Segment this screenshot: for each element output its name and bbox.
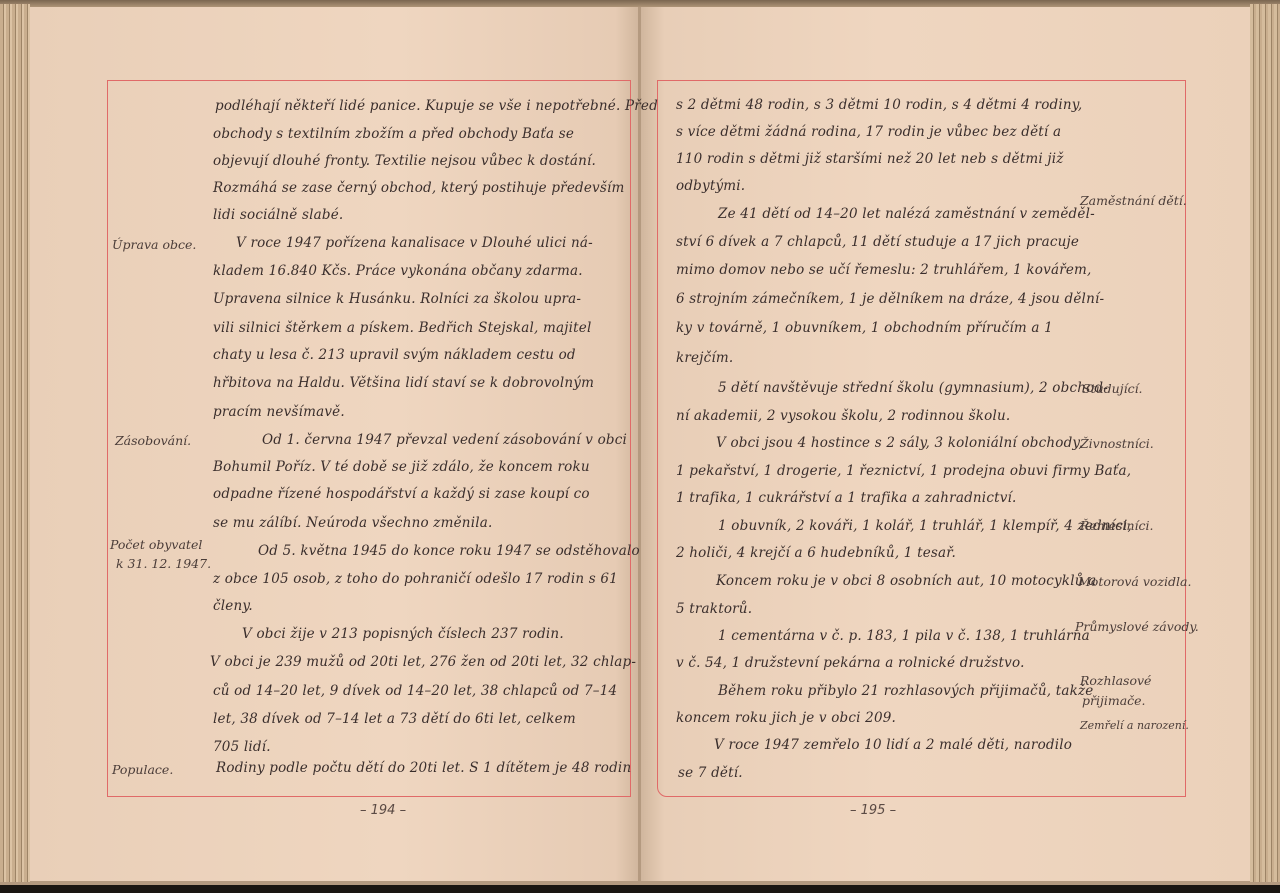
text-line: Ze 41 dětí od 14–20 let nalézá zaměstnán… — [718, 206, 1095, 222]
text-line: Rodiny podle počtu dětí do 20ti let. S 1… — [216, 760, 631, 776]
margin-note-zasobovani: Zásobování. — [115, 433, 191, 448]
text-line: Během roku přibylo 21 rozhlasových přiji… — [718, 683, 1094, 699]
text-line: V roce 1947 pořízena kanalisace v Dlouhé… — [236, 235, 593, 251]
text-line: odpadne řízené hospodářství a každý si z… — [213, 486, 590, 502]
text-line: V obci jsou 4 hostince s 2 sály, 3 kolon… — [716, 435, 1083, 451]
book-gutter — [638, 7, 641, 881]
margin-note-uprava-obce: Úprava obce. — [112, 237, 196, 252]
text-line: ství 6 dívek a 7 chlapců, 11 dětí studuj… — [676, 234, 1079, 250]
text-line: z obce 105 osob, z toho do pohraničí ode… — [213, 571, 618, 587]
text-line: ní akademii, 2 vysokou školu, 2 rodinnou… — [676, 408, 1010, 424]
text-line: podléhají někteří lidé panice. Kupuje se… — [215, 98, 658, 114]
text-line: vili silnici štěrkem a pískem. Bedřich S… — [213, 320, 592, 336]
text-line: 1 trafika, 1 cukrářství a 1 trafika a za… — [676, 490, 1017, 506]
text-line: obchody s textilním zbožím a před obchod… — [213, 126, 574, 142]
text-line: členy. — [213, 598, 253, 614]
text-line: kladem 16.840 Kčs. Práce vykonána občany… — [213, 263, 583, 279]
margin-note-studujici: Studující. — [1082, 381, 1143, 396]
text-line: hřbitova na Haldu. Většina lidí staví se… — [213, 375, 594, 391]
text-line: Od 1. června 1947 převzal vedení zásobov… — [262, 432, 627, 448]
text-line: mimo domov nebo se učí řemeslu: 2 truhlá… — [676, 262, 1092, 278]
margin-note-prijimace: přijimače. — [1082, 693, 1146, 708]
text-line: V roce 1947 zemřelo 10 lidí a 2 malé dět… — [714, 737, 1072, 753]
margin-note-rozhlasove: Rozhlasové — [1080, 673, 1151, 688]
text-line: pracím nevšímavě. — [213, 404, 345, 420]
text-line: se 7 dětí. — [678, 765, 743, 781]
text-line: koncem roku jich je v obci 209. — [676, 710, 896, 726]
text-line: odbytými. — [676, 178, 745, 194]
page-number-right: – 195 – — [850, 803, 896, 818]
margin-note-motorova-vozidla: Motorová vozidla. — [1078, 574, 1191, 589]
margin-note-pocet-obyvatel-date: k 31. 12. 1947. — [116, 556, 211, 571]
margin-note-prumyslove-zavody: Průmyslové závody. — [1075, 619, 1199, 634]
margin-note-populace: Populace. — [112, 762, 173, 777]
margin-note-zamestnani-deti: Zaměstnání dětí. — [1080, 193, 1187, 208]
text-line: Rozmáhá se zase černý obchod, který post… — [213, 180, 625, 196]
text-line: lidi sociálně slabé. — [213, 207, 343, 223]
text-line: se mu zálíbí. Neúroda všechno změnila. — [213, 515, 492, 531]
text-line: V obci žije v 213 popisných číslech 237 … — [242, 626, 564, 642]
margin-note-zivnostnici: Živnostníci. — [1080, 436, 1154, 451]
text-line: 2 holiči, 4 krejčí a 6 hudebníků, 1 tesa… — [676, 545, 956, 561]
text-line: 6 strojním zámečníkem, 1 je dělníkem na … — [676, 291, 1104, 307]
text-line: v č. 54, 1 družstevní pekárna a rolnické… — [676, 655, 1025, 671]
text-line: Upravena silnice k Husánku. Rolníci za š… — [213, 291, 581, 307]
text-line: 1 cementárna v č. p. 183, 1 pila v č. 13… — [718, 628, 1090, 644]
text-line: 5 dětí navštěvuje střední školu (gymnasi… — [718, 380, 1108, 396]
text-line: 705 lidí. — [213, 739, 271, 755]
text-line: krejčím. — [676, 350, 733, 366]
margin-note-zemreli-narozeni: Zemřelí a narození. — [1080, 719, 1189, 732]
open-book: podléhají někteří lidé panice. Kupuje se… — [0, 0, 1280, 885]
margin-note-pocet-obyvatel: Počet obyvatel — [110, 537, 202, 552]
text-line: Koncem roku je v obci 8 osobních aut, 10… — [716, 573, 1096, 589]
text-line: ky v továrně, 1 obuvníkem, 1 obchodním p… — [676, 320, 1053, 336]
page-number-left: – 194 – — [360, 803, 406, 818]
text-line: s 2 dětmi 48 rodin, s 3 dětmi 10 rodin, … — [676, 97, 1082, 113]
text-line: objevují dlouhé fronty. Textilie nejsou … — [213, 153, 596, 169]
text-line: ců od 14–20 let, 9 dívek od 14–20 let, 3… — [213, 683, 617, 699]
margin-note-remeslnici: Řemeslníci. — [1080, 518, 1154, 533]
text-line: 110 rodin s dětmi již staršími než 20 le… — [676, 151, 1064, 167]
right-page-stack — [1250, 4, 1280, 882]
text-line: 1 obuvník, 2 kováři, 1 kolář, 1 truhlář,… — [718, 518, 1132, 534]
text-line: let, 38 dívek od 7–14 let a 73 dětí do 6… — [213, 711, 576, 727]
text-line: Bohumil Poříz. V té době se již zdálo, ž… — [213, 459, 590, 475]
text-line: chaty u lesa č. 213 upravil svým náklade… — [213, 347, 576, 363]
text-line: 5 traktorů. — [676, 601, 752, 617]
left-page-stack — [0, 4, 30, 882]
text-line: V obci je 239 mužů od 20ti let, 276 žen … — [210, 654, 636, 670]
text-line: Od 5. května 1945 do konce roku 1947 se … — [258, 543, 640, 559]
text-line: s více dětmi žádná rodina, 17 rodin je v… — [676, 124, 1061, 140]
text-line: 1 pekařství, 1 drogerie, 1 řeznictví, 1 … — [676, 463, 1131, 479]
